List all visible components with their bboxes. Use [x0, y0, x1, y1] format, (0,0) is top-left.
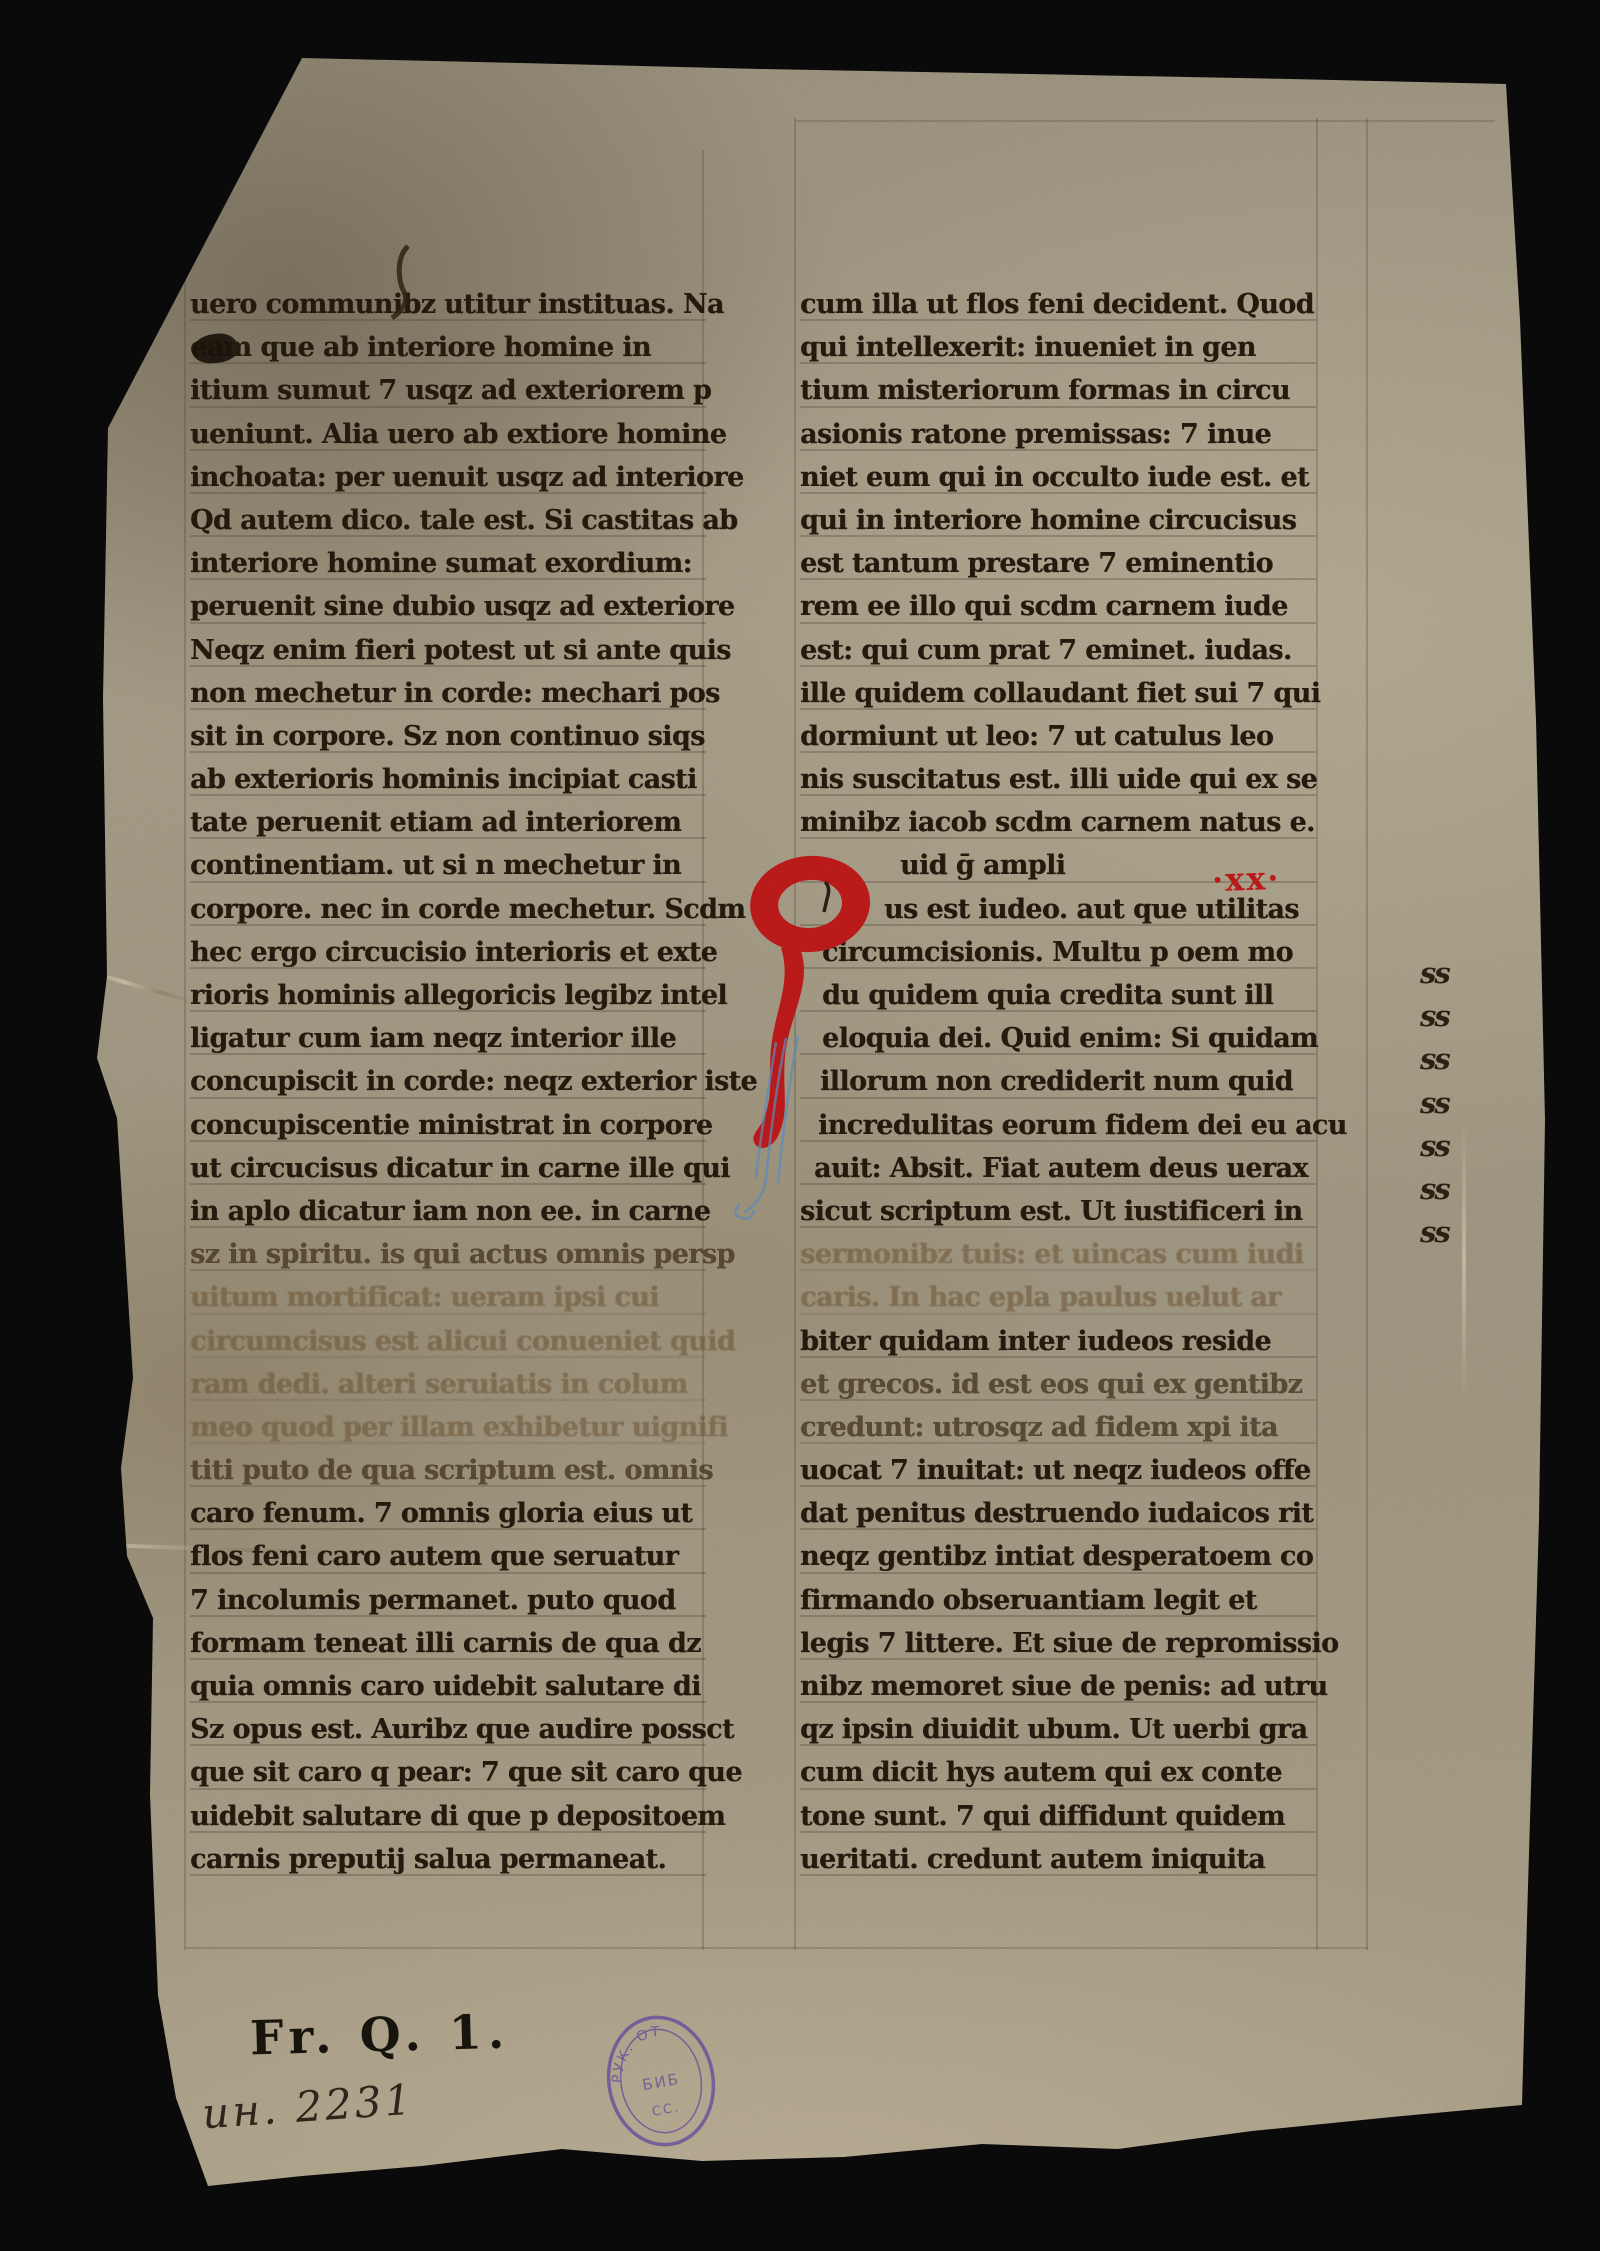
manuscript-leaf: uero communibz utitur instituas. Naeam q… [0, 0, 1600, 2251]
manuscript-text-line: legis 7 littere. Et siue de repromissio [800, 1622, 1316, 1665]
manuscript-text-line: cum illa ut flos feni decident. Quod [800, 283, 1316, 326]
margin-quire-marks: ssssssssssssss [1420, 952, 1449, 1254]
stamp-text-middle: БИБ [641, 2070, 681, 2094]
margin-mark: ss [1420, 1211, 1449, 1254]
manuscript-text-line: hec ergo circucisio interioris et exte [190, 931, 706, 974]
ascender-flourish [378, 240, 422, 324]
manuscript-text-line: Qd autem dico. tale est. Si castitas ab [190, 499, 706, 542]
manuscript-text-line: rioris hominis allegoricis legibz intel [190, 974, 706, 1017]
manuscript-text-line: tone sunt. 7 qui diffidunt quidem [800, 1795, 1316, 1838]
inventory-note: ин. 2231 [201, 2075, 416, 2139]
manuscript-text-line: concupiscentie ministrat in corpore [190, 1104, 706, 1147]
text-column-left: uero communibz utitur instituas. Naeam q… [190, 283, 706, 1881]
manuscript-text-line: inchoata: per uenuit usqz ad interiore [190, 456, 706, 499]
manuscript-text-line: uocat 7 inuitat: ut neqz iudeos offe [800, 1449, 1316, 1492]
manuscript-text-line: cum dicit hys autem qui ex conte [800, 1751, 1316, 1794]
ruling-vertical-line [1366, 118, 1368, 1950]
manuscript-text-line: peruenit sine dubio usqz ad exteriore [190, 585, 706, 628]
manuscript-text-line: qz ipsin diuidit ubum. Ut uerbi gra [800, 1708, 1316, 1751]
manuscript-text-line: formam teneat illi carnis de qua dz [190, 1622, 706, 1665]
library-stamp: РУК. ОТ БИБ СС. [593, 2003, 729, 2159]
manuscript-text-line: titi puto de qua scriptum est. omnis [190, 1449, 706, 1492]
manuscript-text-line: biter quidam inter iudeos reside [800, 1320, 1316, 1363]
manuscript-text-line: niet eum qui in occulto iude est. et [800, 456, 1316, 499]
manuscript-text-line: nibz memoret siue de penis: ad utru [800, 1665, 1316, 1708]
manuscript-text-line: asionis ratone premissas: 7 inue [800, 413, 1316, 456]
manuscript-text-line: minibz iacob scdm carnem natus e. [800, 801, 1316, 844]
manuscript-text-line: Sz opus est. Auribz que audire possct [190, 1708, 706, 1751]
manuscript-text-line: circumcisus est alicui conueniet quid [190, 1320, 706, 1363]
manuscript-text-line: uitum mortificat: ueram ipsi cui [190, 1276, 706, 1319]
manuscript-text-line: Neqz enim fieri potest ut si ante quis [190, 629, 706, 672]
manuscript-text-line: quia omnis caro uidebit salutare di [190, 1665, 706, 1708]
margin-mark: ss [1420, 1082, 1449, 1125]
manuscript-text-line: sit in corpore. Sz non continuo siqs [190, 715, 706, 758]
manuscript-text-line: dormiunt ut leo: 7 ut catulus leo [800, 715, 1316, 758]
margin-mark: ss [1420, 952, 1449, 995]
guide-letter-mark [824, 882, 829, 912]
margin-mark: ss [1420, 1168, 1449, 1211]
margin-mark: ss [1420, 1125, 1449, 1168]
manuscript-text-line: uidebit salutare di que p depositoem [190, 1795, 706, 1838]
manuscript-text-line: ligatur cum iam neqz interior ille [190, 1017, 706, 1060]
manuscript-text-line: concupiscit in corde: neqz exterior iste [190, 1060, 706, 1103]
manuscript-text-line: ueritati. credunt autem iniquita [800, 1838, 1316, 1881]
manuscript-text-line: interiore homine sumat exordium: [190, 542, 706, 585]
manuscript-text-line: qui in interiore homine circucisus [800, 499, 1316, 542]
manuscript-text-line: uero communibz utitur instituas. Na [190, 283, 706, 326]
manuscript-text-line: est: qui cum prat 7 eminet. iudas. [800, 629, 1316, 672]
manuscript-text-line: est tantum prestare 7 eminentio [800, 542, 1316, 585]
manuscript-text-line: corpore. nec in corde mechetur. Scdm [190, 888, 706, 931]
manuscript-text-line: dat penitus destruendo iudaicos rit [800, 1492, 1316, 1535]
manuscript-text-line: ram dedi. alteri seruiatis in colum [190, 1363, 706, 1406]
manuscript-text-line: flos feni caro autem que seruatur [190, 1535, 706, 1578]
stamp-text-bottom: СС. [651, 2100, 681, 2120]
margin-mark: ss [1420, 995, 1449, 1038]
manuscript-text-line: ille quidem collaudant fiet sui 7 qui [800, 672, 1316, 715]
manuscript-text-line: ab exterioris hominis incipiat casti [190, 758, 706, 801]
parchment-crease [86, 969, 198, 1005]
manuscript-text-line: que sit caro q pear: 7 que sit caro que [190, 1751, 706, 1794]
manuscript-text-line: ut circucisus dicatur in carne ille qui [190, 1147, 706, 1190]
manuscript-text-line: tate peruenit etiam ad interiorem [190, 801, 706, 844]
manuscript-text-line: nis suscitatus est. illi uide qui ex se [800, 758, 1316, 801]
pen-flourish-drawing [726, 1030, 816, 1220]
parchment-crease [1462, 1120, 1466, 1400]
margin-mark: ss [1420, 1038, 1449, 1081]
ruling-horizontal-line [795, 120, 1495, 122]
manuscript-text-line: sz in spiritu. is qui actus omnis persp [190, 1233, 706, 1276]
manuscript-text-line: meo quod per illam exhibetur uignifi [190, 1406, 706, 1449]
manuscript-text-line: qui intellexerit: inueniet in gen [800, 326, 1316, 369]
manuscript-text-line: continentiam. ut si n mechetur in [190, 844, 706, 887]
manuscript-text-line: itium sumut 7 usqz ad exteriorem p [190, 369, 706, 412]
manuscript-text-line: non mechetur in corde: mechari pos [190, 672, 706, 715]
manuscript-text-line: carnis preputij salua permaneat. [190, 1838, 706, 1881]
chapter-number-rubric: ·xx· [1211, 859, 1281, 899]
manuscript-text-line: neqz gentibz intiat desperatoem co [800, 1535, 1316, 1578]
manuscript-text-line: et grecos. id est eos qui ex gentibz [800, 1363, 1316, 1406]
manuscript-text-line: firmando obseruantiam legit et [800, 1579, 1316, 1622]
manuscript-text-line: rem ee illo qui scdm carnem iude [800, 585, 1316, 628]
manuscript-text-line: caris. In hac epla paulus uelut ar [800, 1276, 1316, 1319]
manuscript-text-line: ueniunt. Alia uero ab extiore homine [190, 413, 706, 456]
manuscript-text-line: caro fenum. 7 omnis gloria eius ut [190, 1492, 706, 1535]
photo-stage: uero communibz utitur instituas. Naeam q… [0, 0, 1600, 2251]
manuscript-text-line: tium misteriorum formas in circu [800, 369, 1316, 412]
manuscript-text-line: in aplo dicatur iam non ee. in carne [190, 1190, 706, 1233]
manuscript-text-line: eam que ab interiore homine in [190, 326, 706, 369]
shelfmark-note: Fr. Q. 1. [249, 2005, 510, 2067]
ruling-vertical-line [184, 150, 186, 1950]
ruling-horizontal-line [186, 1947, 1368, 1949]
manuscript-text-line: 7 incolumis permanet. puto quod [190, 1579, 706, 1622]
manuscript-text-line: credunt: utrosqz ad fidem xpi ita [800, 1406, 1316, 1449]
